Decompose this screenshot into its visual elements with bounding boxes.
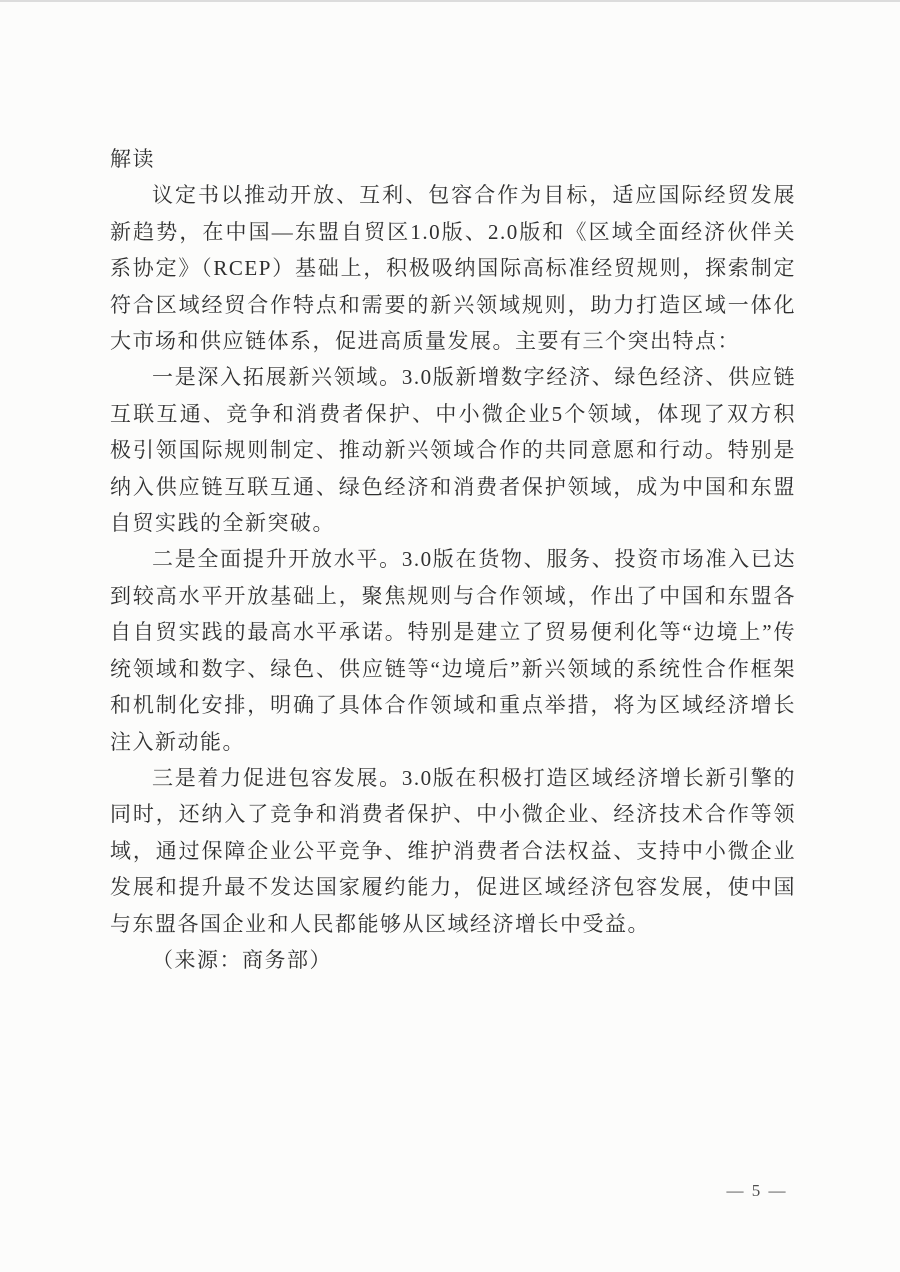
page-footer: — 5 — — [707, 1181, 807, 1201]
paragraph-overview: 议定书以推动开放、互利、包容合作为目标，适应国际经贸发展新趋势，在中国—东盟自贸… — [110, 177, 796, 359]
paragraph-feature-2: 二是全面提升开放水平。3.0版在货物、服务、投资市场准入已达到较高水平开放基础上… — [110, 541, 796, 759]
paragraph-feature-1: 一是深入拓展新兴领域。3.0版新增数字经济、绿色经济、供应链互联互通、竞争和消费… — [110, 359, 796, 541]
document-body: 解读 议定书以推动开放、互利、包容合作为目标，适应国际经贸发展新趋势，在中国—东… — [110, 141, 796, 978]
page-number: — 5 — — [727, 1181, 788, 1200]
paragraph-feature-3: 三是着力促进包容发展。3.0版在积极打造区域经济增长新引擎的同时，还纳入了竞争和… — [110, 760, 796, 942]
source-note: （来源：商务部） — [110, 942, 796, 978]
scanned-document-page: 解读 议定书以推动开放、互利、包容合作为目标，适应国际经贸发展新趋势，在中国—东… — [0, 0, 900, 1272]
scan-edge-artifact — [0, 0, 900, 2]
section-heading: 解读 — [110, 141, 796, 177]
